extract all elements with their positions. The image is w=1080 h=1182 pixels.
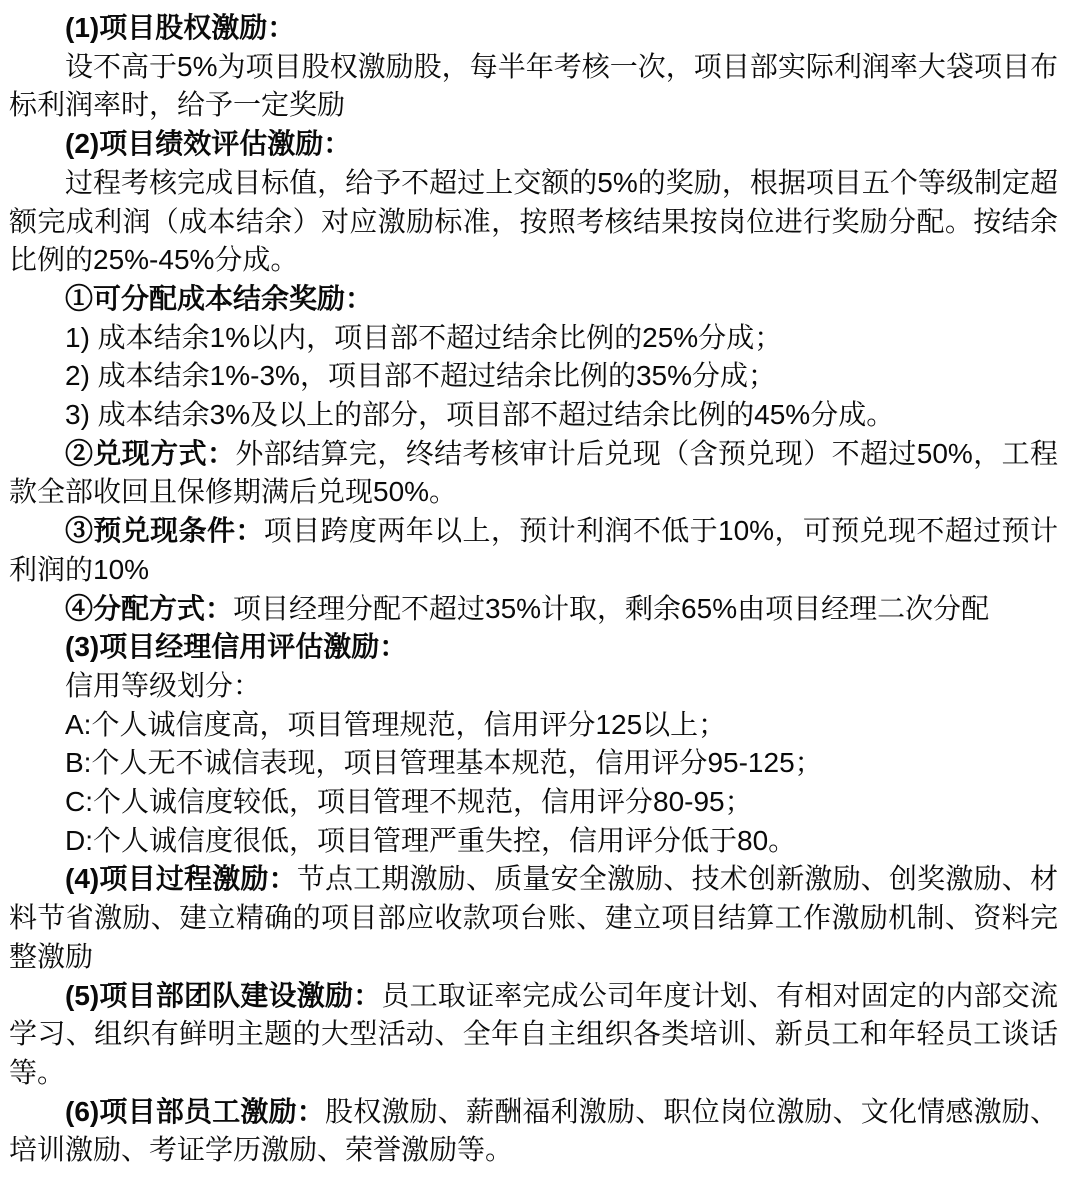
section-heading: (2)项目绩效评估激励： — [9, 125, 1058, 164]
paragraph-text: 设不高于5%为项目股权激励股，每半年考核一次，项目部实际利润率大袋项目布标利润率… — [9, 51, 1058, 121]
paragraph: A:个人诚信度高，项目管理规范，信用评分125以上； — [9, 706, 1058, 745]
section-heading: (3)项目经理信用评估激励： — [9, 628, 1058, 667]
paragraph-lead: (5)项目部团队建设激励： — [65, 980, 381, 1011]
paragraph: B:个人无不诚信表现，项目管理基本规范，信用评分95-125； — [9, 744, 1058, 783]
paragraph-text: 项目经理分配不超过35%计取，剩余65%由项目经理二次分配 — [233, 593, 989, 624]
paragraph-text: D:个人诚信度很低，项目管理严重失控，信用评分低于80。 — [65, 825, 796, 856]
paragraph-lead: (4)项目过程激励： — [65, 863, 297, 894]
paragraph: (4)项目过程激励：节点工期激励、质量安全激励、技术创新激励、创奖激励、材料节省… — [9, 860, 1058, 976]
paragraph-text: 3) 成本结余3%及以上的部分，项目部不超过结余比例的45%分成。 — [65, 399, 894, 430]
paragraph: 3) 成本结余3%及以上的部分，项目部不超过结余比例的45%分成。 — [9, 396, 1058, 435]
paragraph-lead: (1)项目股权激励： — [65, 12, 295, 43]
paragraph: 1) 成本结余1%以内，项目部不超过结余比例的25%分成； — [9, 319, 1058, 358]
paragraph: C:个人诚信度较低，项目管理不规范，信用评分80-95； — [9, 783, 1058, 822]
paragraph-text: 过程考核完成目标值，给予不超过上交额的5%的奖励，根据项目五个等级制定超额完成利… — [9, 167, 1058, 275]
paragraph-lead: ①可分配成本结余奖励： — [65, 283, 373, 314]
paragraph-list: (1)项目股权激励： 设不高于5%为项目股权激励股，每半年考核一次，项目部实际利… — [9, 9, 1058, 1170]
paragraph-lead: (3)项目经理信用评估激励： — [65, 631, 407, 662]
paragraph-lead: ②兑现方式： — [65, 438, 235, 469]
paragraph-text: C:个人诚信度较低，项目管理不规范，信用评分80-95； — [65, 786, 753, 817]
paragraph: 过程考核完成目标值，给予不超过上交额的5%的奖励，根据项目五个等级制定超额完成利… — [9, 164, 1058, 280]
section-heading: (1)项目股权激励： — [9, 9, 1058, 48]
paragraph-text: B:个人无不诚信表现，项目管理基本规范，信用评分95-125； — [65, 747, 823, 778]
paragraph-lead: (6)项目部员工激励： — [65, 1096, 325, 1127]
paragraph-text: 2) 成本结余1%-3%，项目部不超过结余比例的35%分成； — [65, 360, 776, 391]
paragraph: (5)项目部团队建设激励：员工取证率完成公司年度计划、有相对固定的内部交流学习、… — [9, 977, 1058, 1093]
paragraph-text: 信用等级划分： — [65, 670, 261, 701]
paragraph: 2) 成本结余1%-3%，项目部不超过结余比例的35%分成； — [9, 357, 1058, 396]
paragraph: D:个人诚信度很低，项目管理严重失控，信用评分低于80。 — [9, 822, 1058, 861]
paragraph: ②兑现方式：外部结算完，终结考核审计后兑现（含预兑现）不超过50%，工程款全部收… — [9, 435, 1058, 512]
section-heading: ①可分配成本结余奖励： — [9, 280, 1058, 319]
document-page: (1)项目股权激励： 设不高于5%为项目股权激励股，每半年考核一次，项目部实际利… — [0, 0, 1080, 1182]
paragraph-text: 1) 成本结余1%以内，项目部不超过结余比例的25%分成； — [65, 322, 782, 353]
paragraph: 信用等级划分： — [9, 667, 1058, 706]
paragraph-text: A:个人诚信度高，项目管理规范，信用评分125以上； — [65, 709, 726, 740]
paragraph: 设不高于5%为项目股权激励股，每半年考核一次，项目部实际利润率大袋项目布标利润率… — [9, 48, 1058, 125]
paragraph-lead: ③预兑现条件： — [65, 515, 264, 546]
paragraph-lead: (2)项目绩效评估激励： — [65, 128, 351, 159]
paragraph-lead: ④分配方式： — [65, 593, 233, 624]
paragraph: ④分配方式：项目经理分配不超过35%计取，剩余65%由项目经理二次分配 — [9, 590, 1058, 629]
paragraph: ③预兑现条件：项目跨度两年以上，预计利润不低于10%，可预兑现不超过预计利润的1… — [9, 512, 1058, 589]
paragraph: (6)项目部员工激励：股权激励、薪酬福利激励、职位岗位激励、文化情感激励、培训激… — [9, 1093, 1058, 1170]
